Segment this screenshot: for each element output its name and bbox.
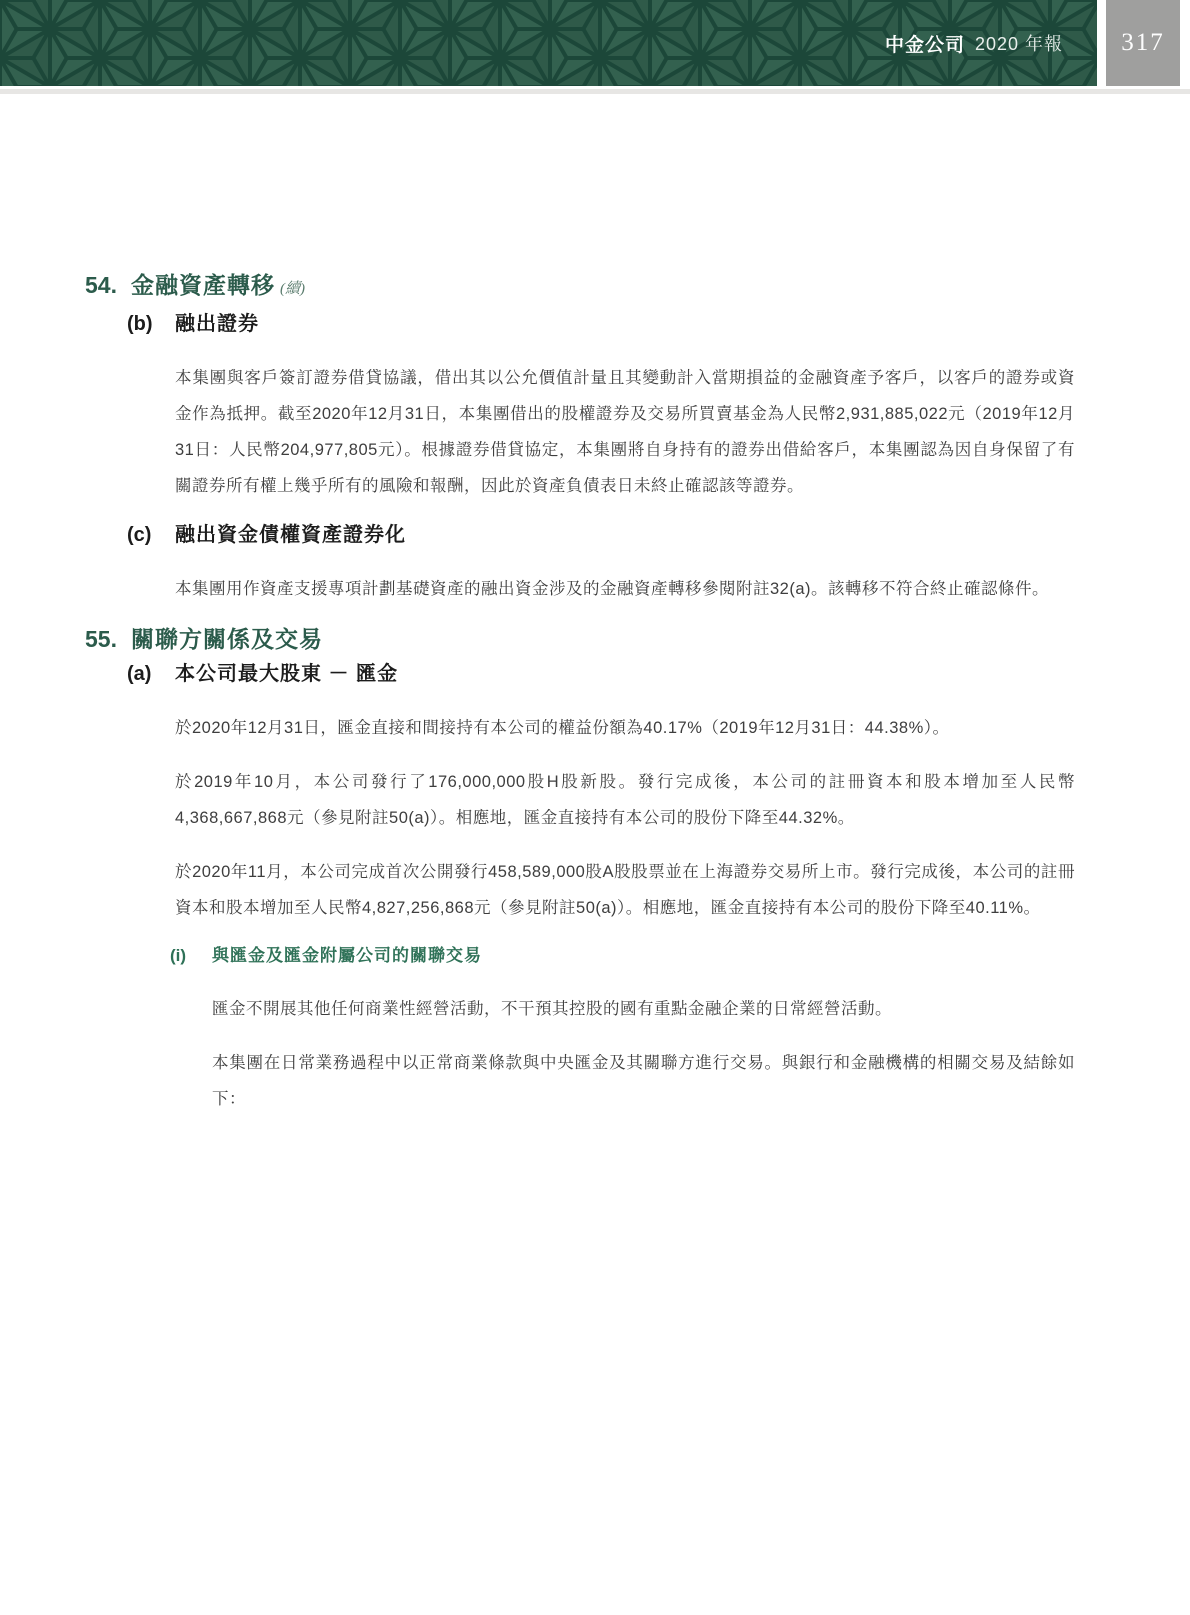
content: 54. 金融資產轉移 (續) (b) 融出證券 本集團與客戶簽訂證券借貸協議，借…: [0, 93, 1190, 1135]
paragraph: 本集團在日常業務過程中以正常商業條款與中央匯金及其關聯方進行交易。與銀行和金融機…: [212, 1045, 1075, 1117]
company-name: 中金公司: [885, 30, 965, 57]
page-number: 317: [1121, 29, 1165, 57]
item-label: (a): [127, 661, 175, 688]
paragraph: 匯金不開展其他任何商業性經營活動，不干預其控股的國有重點金融企業的日常經營活動。: [212, 991, 1075, 1027]
paragraph: 於2020年12月31日，匯金直接和間接持有本公司的權益份額為40.17%（20…: [175, 710, 1075, 746]
subitem-heading: (i) 與匯金及匯金附屬公司的關聯交易: [170, 944, 1075, 967]
header-band: 中金公司 2020 年報: [0, 0, 1097, 86]
subitem-55a-i: (i) 與匯金及匯金附屬公司的關聯交易 匯金不開展其他任何商業性經營活動，不干預…: [170, 944, 1075, 1117]
item-label: (b): [127, 311, 175, 338]
section-54-heading: 54. 金融資產轉移 (續): [85, 271, 1075, 303]
item-54c-body: 本集團用作資產支援專項計劃基礎資產的融出資金涉及的金融資產轉移參閱附註32(a)…: [175, 571, 1075, 607]
item-title: 融出資金債權資產證券化: [175, 522, 406, 549]
paragraph: 本集團與客戶簽訂證券借貸協議，借出其以公允價值計量且其變動計入當期損益的金融資產…: [175, 360, 1075, 504]
paragraph: 於2020年11月，本公司完成首次公開發行458,589,000股A股股票並在上…: [175, 854, 1075, 926]
item-55a-body: 於2020年12月31日，匯金直接和間接持有本公司的權益份額為40.17%（20…: [175, 710, 1075, 1117]
section-number: 55.: [85, 625, 131, 653]
item-55a: (a) 本公司最大股東 － 匯金 於2020年12月31日，匯金直接和間接持有本…: [127, 661, 1075, 1117]
header-band-text: 中金公司 2020 年報: [885, 0, 1063, 86]
section-54: 54. 金融資產轉移 (續) (b) 融出證券 本集團與客戶簽訂證券借貸協議，借…: [85, 271, 1075, 607]
report-title: 2020 年報: [975, 30, 1063, 56]
section-title: 關聯方關係及交易: [131, 625, 323, 653]
item-54c: (c) 融出資金債權資產證券化 本集團用作資產支援專項計劃基礎資產的融出資金涉及…: [127, 522, 1075, 607]
section-title: 金融資產轉移: [131, 271, 275, 299]
paragraph: 於2019年10月，本公司發行了176,000,000股H股新股。發行完成後，本…: [175, 764, 1075, 836]
subitem-title: 與匯金及匯金附屬公司的關聯交易: [212, 944, 482, 967]
item-label: (c): [127, 522, 175, 549]
paragraph: 本集團用作資產支援專項計劃基礎資產的融出資金涉及的金融資產轉移參閱附註32(a)…: [175, 571, 1075, 607]
subitem-label: (i): [170, 944, 212, 967]
item-55a-heading: (a) 本公司最大股東 － 匯金: [127, 661, 1075, 688]
subitem-body: 匯金不開展其他任何商業性經營活動，不干預其控股的國有重點金融企業的日常經營活動。…: [212, 991, 1075, 1117]
item-title: 融出證券: [175, 311, 259, 338]
report-page: 中金公司 2020 年報 317 54. 金融資產轉移 (續) (b) 融出證券: [0, 0, 1190, 1615]
item-54c-heading: (c) 融出資金債權資產證券化: [127, 522, 1075, 549]
page-number-box: 317: [1106, 0, 1180, 86]
section-continued-note: (續): [280, 275, 305, 303]
item-54b-heading: (b) 融出證券: [127, 311, 1075, 338]
item-54b-body: 本集團與客戶簽訂證券借貸協議，借出其以公允價值計量且其變動計入當期損益的金融資產…: [175, 360, 1075, 504]
item-title: 本公司最大股東 － 匯金: [175, 661, 398, 688]
section-number: 54.: [85, 271, 131, 299]
section-55: 55. 關聯方關係及交易 (a) 本公司最大股東 － 匯金 於2020年12月3…: [85, 625, 1075, 1117]
item-54b: (b) 融出證券 本集團與客戶簽訂證券借貸協議，借出其以公允價值計量且其變動計入…: [127, 311, 1075, 504]
section-55-heading: 55. 關聯方關係及交易: [85, 625, 1075, 653]
